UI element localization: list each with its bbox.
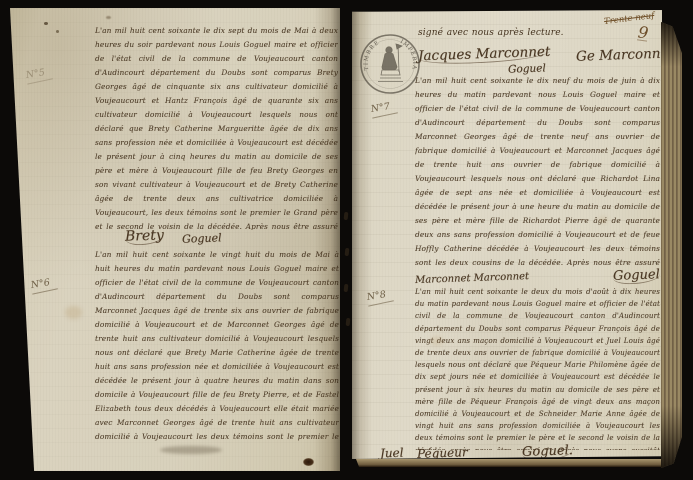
act-7-text: L'an mil huit cent soixante le dix neuf … [415, 74, 660, 268]
stitch-mark [344, 212, 349, 220]
signature-pequeur: Péqueur [417, 445, 468, 461]
foxing-spot [65, 306, 82, 319]
signature-ge-marconnet: Ge Marconnet [576, 45, 674, 64]
signature-juel: Juel [380, 446, 404, 461]
signature-goguel-4: Goguel. [522, 443, 573, 461]
ink-blob [303, 458, 314, 466]
signature-goguel-3: Goguel [613, 267, 660, 285]
signature-marconnet: Marconnet Marconnet [415, 271, 529, 286]
ink-speck [44, 22, 48, 25]
left-page: N°5 L'an mil huit cent soixante le dix s… [10, 8, 340, 471]
folio-number: 9 [637, 25, 649, 41]
signature-goguel-1: Goguel [182, 231, 222, 245]
page-bottom-edge [356, 459, 664, 467]
stitch-mark [346, 318, 351, 326]
ink-speck [56, 30, 59, 33]
act-7-signature-row: Marconnet Marconnet Goguel [415, 268, 660, 284]
act-8-text: L'an mil huit cent soixante le deux du m… [415, 286, 660, 450]
signature-brety: Brety [125, 227, 164, 245]
svg-text:TIMBRE: TIMBRE [363, 40, 381, 71]
timbre-imperial-stamp-icon: TIMBRE IMPÉRIAL [358, 32, 422, 96]
graphite-smudge [160, 446, 222, 454]
continuation-signature-row: Jacques Marconnet Ge Marconnet [418, 46, 674, 63]
stitch-mark [345, 248, 350, 256]
margin-note-act-8: N°8 [366, 288, 394, 306]
margin-note-act-6: N°6 [30, 276, 58, 294]
stamp-text-left: TIMBRE [363, 40, 381, 71]
stitch-mark [344, 284, 349, 292]
continuation-line: signé avec nous après lecture. [418, 28, 564, 38]
act-5-signature-row: Brety Goguel [125, 228, 221, 245]
page-stack-fore-edge [661, 22, 682, 468]
register-scan: N°5 L'an mil huit cent soixante le dix s… [0, 0, 693, 480]
act-6-text: L'an mil huit cent soixante le vingt hui… [95, 248, 339, 446]
margin-note-act-7: N°7 [370, 100, 398, 118]
edge-stain [10, 366, 21, 385]
act-5-text: L'an mil huit cent soixante le dix sept … [95, 24, 338, 230]
ink-speck [106, 16, 111, 19]
margin-note-act-5: N°5 [25, 66, 53, 84]
right-page: Trente neuf 9 signé avec nous après lect… [352, 10, 662, 459]
act-8-signature-row: Juel Péqueur [380, 446, 468, 460]
edge-stain [12, 298, 25, 315]
